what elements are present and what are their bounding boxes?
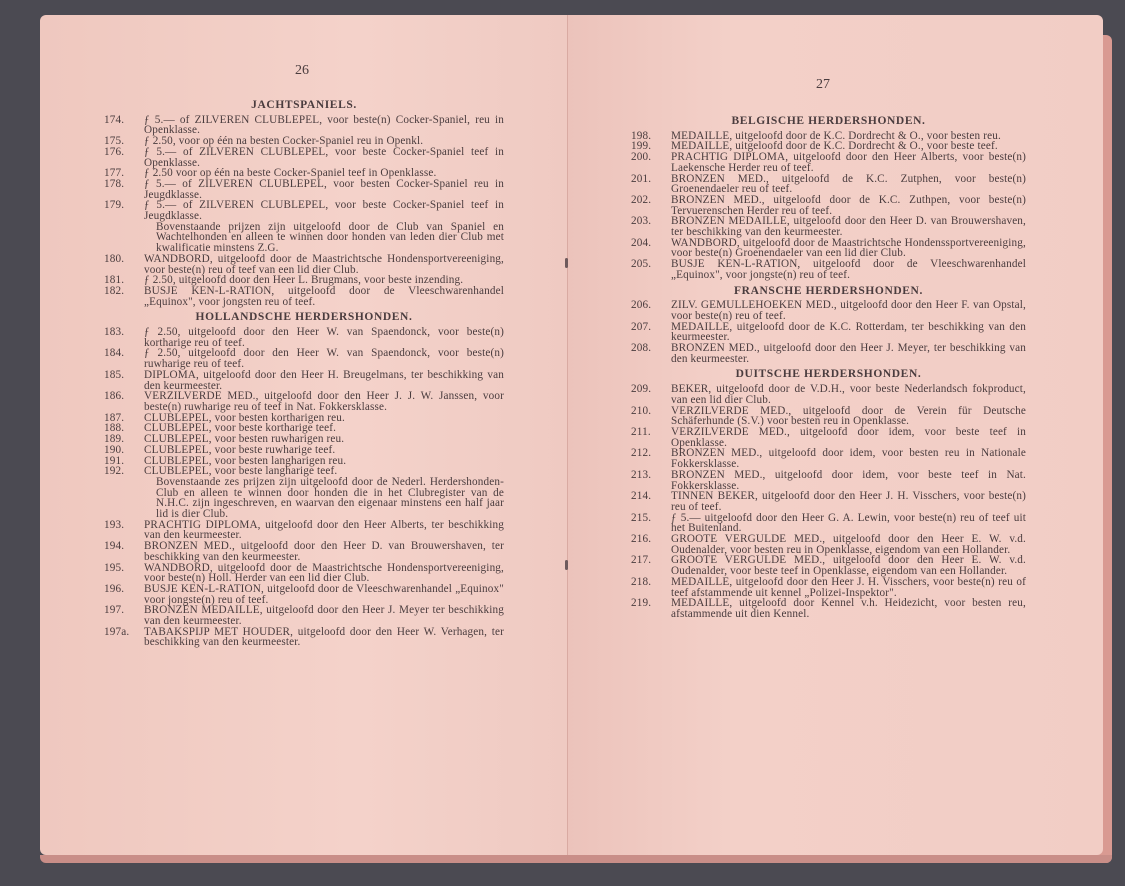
left-page: 26 JACHTSPANIELS. 174.ƒ 5.— of ZILVEREN …: [40, 15, 568, 855]
entry-number: 185.: [104, 370, 144, 391]
entry-number: 178.: [104, 179, 144, 200]
entry-number: 196.: [104, 584, 144, 605]
entry-text: ZILV. GEMULLEHOEKEN MED., uitgeloofd doo…: [671, 300, 1026, 321]
prize-entry: 215.ƒ 5.— uitgeloofd door den Heer G. A.…: [631, 513, 1026, 534]
entry-text: GROOTE VERGULDE MED., uitgeloofd door de…: [671, 534, 1026, 555]
prize-entry: 185.DIPLOMA, uitgeloofd door den Heer H.…: [104, 370, 504, 391]
entry-text: DIPLOMA, uitgeloofd door den Heer H. Bre…: [144, 370, 504, 391]
prize-entry: 219.MEDAILLE, uitgeloofd door Kennel v.h…: [631, 598, 1026, 619]
prize-entry: 212.BRONZEN MED., uitgeloofd door idem, …: [631, 448, 1026, 469]
entry-text: PRACHTIG DIPLOMA, uitgeloofd door den He…: [671, 152, 1026, 173]
entry-text: WANDBORD, uitgeloofd door de Maastrichts…: [671, 238, 1026, 259]
entry-number: 182.: [104, 286, 144, 307]
entry-number: 176.: [104, 147, 144, 168]
entry-number: 208.: [631, 343, 671, 364]
entry-text: GROOTE VERGULDE MED., uitgeloofd door de…: [671, 555, 1026, 576]
entry-text: MEDAILLE, uitgeloofd door den Heer J. H.…: [671, 577, 1026, 598]
section-note: Bovenstaande prijzen zijn uitgeloofd doo…: [104, 222, 504, 254]
entry-text: BEKER, uitgeloofd door de V.D.H., voor b…: [671, 384, 1026, 405]
page-content: JACHTSPANIELS. 174.ƒ 5.— of ZILVEREN CLU…: [104, 95, 504, 648]
entry-text: ƒ 5.— of ZILVEREN CLUBLEPEL, voor beste …: [144, 200, 504, 221]
prize-entry: 174.ƒ 5.— of ZILVEREN CLUBLEPEL, voor be…: [104, 115, 504, 136]
page-content: BELGISCHE HERDERSHONDEN. 198.MEDAILLE, u…: [631, 111, 1026, 620]
entry-number: 184.: [104, 348, 144, 369]
right-page: 27 BELGISCHE HERDERSHONDEN. 198.MEDAILLE…: [567, 15, 1103, 855]
prize-entry: 183.ƒ 2.50, uitgeloofd door den Heer W. …: [104, 327, 504, 348]
prize-entry: 217.GROOTE VERGULDE MED., uitgeloofd doo…: [631, 555, 1026, 576]
entry-text: WANDBORD, uitgeloofd door de Maastrichts…: [144, 254, 504, 275]
entry-list: 193.PRACHTIG DIPLOMA, uitgeloofd door de…: [104, 520, 504, 648]
entry-number: 186.: [104, 391, 144, 412]
prize-entry: 176.ƒ 5.— of ZILVEREN CLUBLEPEL, voor be…: [104, 147, 504, 168]
entry-number: 210.: [631, 406, 671, 427]
entry-number: 209.: [631, 384, 671, 405]
entry-number: 194.: [104, 541, 144, 562]
entry-number: 190.: [104, 445, 144, 456]
entry-number: 201.: [631, 174, 671, 195]
prize-entry: 208.BRONZEN MED., uitgeloofd door den He…: [631, 343, 1026, 364]
prize-entry: 211.VERZILVERDE MED., uitgeloofd door id…: [631, 427, 1026, 448]
entry-number: 215.: [631, 513, 671, 534]
entry-text: CLUBLEPEL, voor beste ruwharige teef.: [144, 445, 504, 456]
entry-text: MEDAILLE, uitgeloofd door Kennel v.h. He…: [671, 598, 1026, 619]
entry-number: 216.: [631, 534, 671, 555]
prize-entry: 190.CLUBLEPEL, voor beste ruwharige teef…: [104, 445, 504, 456]
entry-text: WANDBORD, uitgeloofd door de Maastrichts…: [144, 563, 504, 584]
entry-text: BRONZEN MED., uitgeloofd door den Heer J…: [671, 343, 1026, 364]
prize-entry: 203.BRONZEN MEDAILLE, uitgeloofd door de…: [631, 216, 1026, 237]
binding-staple: [565, 258, 568, 268]
entry-text: BRONZEN MEDAILLE, uitgeloofd door den He…: [144, 605, 504, 626]
entry-text: ƒ 5.— of ZILVEREN CLUBLEPEL, voor besten…: [144, 179, 504, 200]
entry-text: ƒ 5.— uitgeloofd door den Heer G. A. Lew…: [671, 513, 1026, 534]
prize-entry: 180.WANDBORD, uitgeloofd door de Maastri…: [104, 254, 504, 275]
prize-entry: 197a.TABAKSPIJP MET HOUDER, uitgeloofd d…: [104, 627, 504, 648]
entry-number: 180.: [104, 254, 144, 275]
section-title: BELGISCHE HERDERSHONDEN.: [631, 116, 1026, 127]
book-edge-bottom: [40, 855, 1112, 863]
section-note: Bovenstaande zes prijzen zijn uitgeloofd…: [104, 477, 504, 520]
entry-text: BRONZEN MED., uitgeloofd door idem, voor…: [671, 448, 1026, 469]
prize-entry: 200.PRACHTIG DIPLOMA, uitgeloofd door de…: [631, 152, 1026, 173]
prize-entry: 207.MEDAILLE, uitgeloofd door de K.C. Ro…: [631, 322, 1026, 343]
prize-entry: 206.ZILV. GEMULLEHOEKEN MED., uitgeloofd…: [631, 300, 1026, 321]
entry-list: 183.ƒ 2.50, uitgeloofd door den Heer W. …: [104, 327, 504, 477]
prize-entry: 202.BRONZEN MED., uitgeloofd door de K.C…: [631, 195, 1026, 216]
entry-number: 197.: [104, 605, 144, 626]
prize-entry: 213.BRONZEN MED., uitgeloofd door idem, …: [631, 470, 1026, 491]
entry-list: 180.WANDBORD, uitgeloofd door de Maastri…: [104, 254, 504, 308]
entry-number: 197a.: [104, 627, 144, 648]
entry-text: BRONZEN MEDAILLE, uitgeloofd door den He…: [671, 216, 1026, 237]
entry-number: 211.: [631, 427, 671, 448]
entry-text: VERZILVERDE MED., uitgeloofd door idem, …: [671, 427, 1026, 448]
entry-text: VERZILVERDE MED., uitgeloofd door den He…: [144, 391, 504, 412]
entry-text: PRACHTIG DIPLOMA, uitgeloofd door den He…: [144, 520, 504, 541]
entry-number: 203.: [631, 216, 671, 237]
prize-entry: 196.BUSJE KEN-L-RATION, uitgeloofd door …: [104, 584, 504, 605]
prize-entry: 204.WANDBORD, uitgeloofd door de Maastri…: [631, 238, 1026, 259]
prize-entry: 193.PRACHTIG DIPLOMA, uitgeloofd door de…: [104, 520, 504, 541]
entry-number: 218.: [631, 577, 671, 598]
entry-text: BRONZEN MED., uitgeloofd de K.C. Zutphen…: [671, 174, 1026, 195]
entry-text: BRONZEN MED., uitgeloofd door de K.C. Zu…: [671, 195, 1026, 216]
prize-entry: 179.ƒ 5.— of ZILVEREN CLUBLEPEL, voor be…: [104, 200, 504, 221]
entry-number: 202.: [631, 195, 671, 216]
entry-text: VERZILVERDE MED., uitgeloofd door de Ver…: [671, 406, 1026, 427]
entry-number: 204.: [631, 238, 671, 259]
entry-text: BRONZEN MED., uitgeloofd door den Heer D…: [144, 541, 504, 562]
entry-text: BUSJE KEN-L-RATION, uitgeloofd door de V…: [144, 286, 504, 307]
page-number: 26: [295, 63, 309, 79]
prize-entry: 182.BUSJE KEN-L-RATION, uitgeloofd door …: [104, 286, 504, 307]
prize-entry: 205.BUSJE KEN-L-RATION, uitgeloofd door …: [631, 259, 1026, 280]
binding-staple: [565, 560, 568, 570]
entry-text: MEDAILLE, uitgeloofd door de K.C. Rotter…: [671, 322, 1026, 343]
entry-text: ƒ 5.— of ZILVEREN CLUBLEPEL, voor beste …: [144, 147, 504, 168]
prize-entry: 210.VERZILVERDE MED., uitgeloofd door de…: [631, 406, 1026, 427]
entry-number: 183.: [104, 327, 144, 348]
prize-entry: 194.BRONZEN MED., uitgeloofd door den He…: [104, 541, 504, 562]
entry-number: 192.: [104, 466, 144, 477]
entry-text: ƒ 2.50, uitgeloofd door den Heer W. van …: [144, 327, 504, 348]
entry-number: 212.: [631, 448, 671, 469]
prize-entry: 209.BEKER, uitgeloofd door de V.D.H., vo…: [631, 384, 1026, 405]
entry-number: 205.: [631, 259, 671, 280]
entry-list: 206.ZILV. GEMULLEHOEKEN MED., uitgeloofd…: [631, 300, 1026, 364]
entry-text: BUSJE KEN-L-RATION, uitgeloofd door de V…: [671, 259, 1026, 280]
entry-text: ƒ 5.— of ZILVEREN CLUBLEPEL, voor beste(…: [144, 115, 504, 136]
entry-text: TINNEN BEKER, uitgeloofd door den Heer J…: [671, 491, 1026, 512]
entry-number: 219.: [631, 598, 671, 619]
section-title: JACHTSPANIELS.: [104, 100, 504, 111]
entry-text: ƒ 2.50, uitgeloofd door den Heer W. van …: [144, 348, 504, 369]
entry-number: 206.: [631, 300, 671, 321]
prize-entry: 218.MEDAILLE, uitgeloofd door den Heer J…: [631, 577, 1026, 598]
prize-entry: 195.WANDBORD, uitgeloofd door de Maastri…: [104, 563, 504, 584]
entry-number: 213.: [631, 470, 671, 491]
prize-entry: 178.ƒ 5.— of ZILVEREN CLUBLEPEL, voor be…: [104, 179, 504, 200]
entry-number: 214.: [631, 491, 671, 512]
entry-list: 174.ƒ 5.— of ZILVEREN CLUBLEPEL, voor be…: [104, 115, 504, 222]
entry-number: 217.: [631, 555, 671, 576]
entry-number: 193.: [104, 520, 144, 541]
prize-entry: 216.GROOTE VERGULDE MED., uitgeloofd doo…: [631, 534, 1026, 555]
entry-text: BRONZEN MED., uitgeloofd door idem, voor…: [671, 470, 1026, 491]
prize-entry: 184.ƒ 2.50, uitgeloofd door den Heer W. …: [104, 348, 504, 369]
section-title: FRANSCHE HERDERSHONDEN.: [631, 286, 1026, 297]
prize-entry: 214.TINNEN BEKER, uitgeloofd door den He…: [631, 491, 1026, 512]
entry-number: 174.: [104, 115, 144, 136]
entry-number: 179.: [104, 200, 144, 221]
entry-number: 200.: [631, 152, 671, 173]
section-title: HOLLANDSCHE HERDERSHONDEN.: [104, 312, 504, 323]
section-title: DUITSCHE HERDERSHONDEN.: [631, 369, 1026, 380]
entry-number: 207.: [631, 322, 671, 343]
entry-number: 195.: [104, 563, 144, 584]
entry-text: TABAKSPIJP MET HOUDER, uitgeloofd door d…: [144, 627, 504, 648]
entry-list: 198.MEDAILLE, uitgeloofd door de K.C. Do…: [631, 131, 1026, 281]
prize-entry: 201.BRONZEN MED., uitgeloofd de K.C. Zut…: [631, 174, 1026, 195]
entry-list: 209.BEKER, uitgeloofd door de V.D.H., vo…: [631, 384, 1026, 619]
page-number: 27: [816, 77, 830, 93]
prize-entry: 197.BRONZEN MEDAILLE, uitgeloofd door de…: [104, 605, 504, 626]
entry-text: BUSJE KEN-L-RATION, uitgeloofd door de V…: [144, 584, 504, 605]
prize-entry: 186.VERZILVERDE MED., uitgeloofd door de…: [104, 391, 504, 412]
